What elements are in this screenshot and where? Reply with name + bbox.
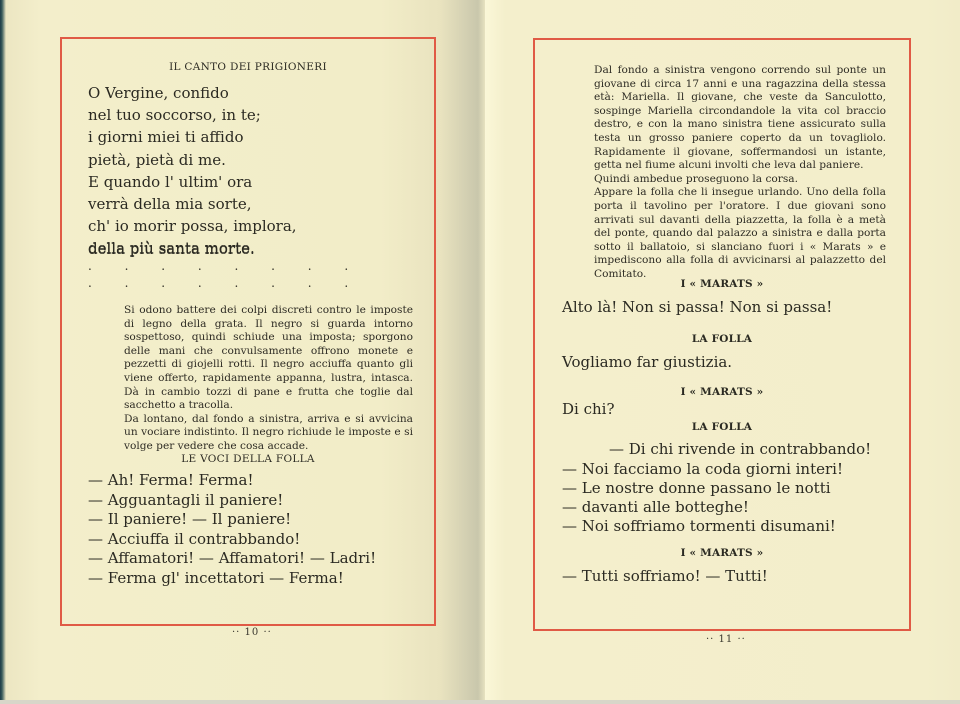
verse-line: nel tuo soccorso, in te; <box>88 104 297 126</box>
ellipsis-row: . . . . . . . . <box>88 259 363 273</box>
speaker-label: I « MARATS » <box>533 547 911 559</box>
speaker-label: I « MARATS » <box>533 278 911 290</box>
dialogue-line: — Noi facciamo la coda giorni interi! <box>562 460 843 478</box>
crowd-line: — Affamatori! — Affamatori! — Ladri! <box>88 549 376 569</box>
dialogue-line: — davanti alle botteghe! <box>562 498 749 516</box>
stage-paragraph: Quindi ambedue proseguono la corsa. <box>594 173 886 187</box>
stage-paragraph: Dal fondo a sinistra vengono correndo su… <box>594 64 886 173</box>
page-bottom-edge <box>0 700 960 704</box>
dialogue-line: — Di chi rivende in contrabbando! <box>609 440 871 458</box>
crowd-line: — Ferma gl' incettatori — Ferma! <box>88 569 376 589</box>
crowd-line: — Acciuffa il contrabbando! <box>88 530 376 550</box>
crowd-line: — Ah! Ferma! Ferma! <box>88 471 376 491</box>
verse-line: verrà della mia sorte, <box>88 193 297 215</box>
section-title: LE VOCI DELLA FOLLA <box>60 453 436 465</box>
stage-paragraph: Appare la folla che li insegue urlando. … <box>594 186 886 281</box>
dialogue-line: Di chi? <box>562 400 615 418</box>
verse-line: ch' io morir possa, implora, <box>88 215 297 237</box>
dialogue-line: — Le nostre donne passano le notti <box>562 479 831 497</box>
speaker-label: LA FOLLA <box>533 333 911 345</box>
dialogue-line: — Noi soffriamo tormenti disumani! <box>562 517 836 535</box>
page-number-right: ·· 11 ·· <box>706 634 746 645</box>
stage-paragraph: Si odono battere dei colpi discreti cont… <box>124 304 413 413</box>
song-verses: O Vergine, confido nel tuo soccorso, in … <box>88 82 297 260</box>
song-title: IL CANTO DEI PRIGIONERI <box>60 61 436 73</box>
verse-line: pietà, pietà di me. <box>88 149 297 171</box>
dialogue-line: Alto là! Non si passa! Non si passa! <box>562 298 832 316</box>
verse-line: O Vergine, confido <box>88 82 297 104</box>
ellipsis-row: . . . . . . . . <box>88 276 363 290</box>
refrain-line: della più santa morte. <box>88 238 255 260</box>
stage-direction-left: Si odono battere dei colpi discreti cont… <box>124 304 413 454</box>
verse-line: E quando l' ultim' ora <box>88 171 297 193</box>
dialogue-line: Vogliamo far giustizia. <box>562 353 732 371</box>
verse-line: i giorni miei ti affido <box>88 126 297 148</box>
page-number-left: ·· 10 ·· <box>232 627 272 638</box>
stage-direction-right: Dal fondo a sinistra vengono correndo su… <box>594 64 886 282</box>
crowd-line: — Agguantagli il paniere! <box>88 491 376 511</box>
speaker-label: LA FOLLA <box>533 421 911 433</box>
stage-paragraph: Da lontano, dal fondo a sinistra, arriva… <box>124 413 413 454</box>
song-refrain: della più santa morte. <box>88 238 255 260</box>
dialogue-line: — Tutti soffriamo! — Tutti! <box>562 567 768 585</box>
crowd-voices: — Ah! Ferma! Ferma! — Agguantagli il pan… <box>88 471 376 588</box>
crowd-line: — Il paniere! — Il paniere! <box>88 510 376 530</box>
book-spread: IL CANTO DEI PRIGIONERI O Vergine, confi… <box>0 0 960 704</box>
speaker-label: I « MARATS » <box>533 386 911 398</box>
